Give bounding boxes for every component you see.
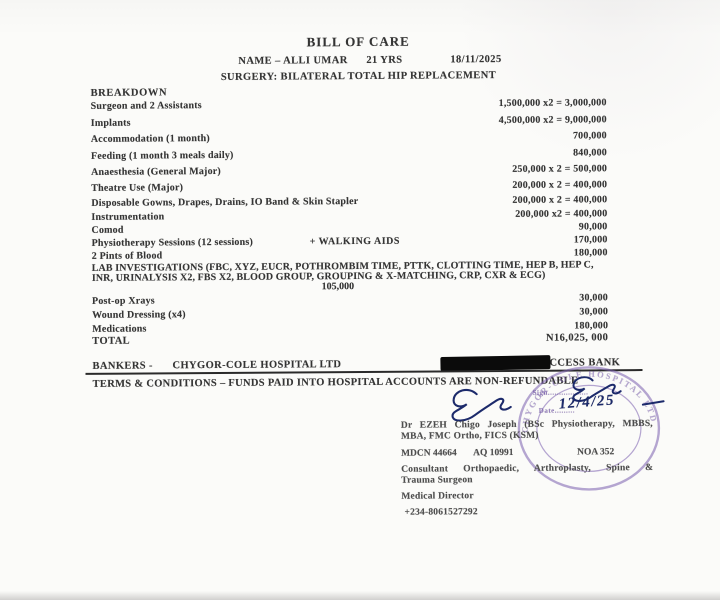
surgery-line: SURGERY: BILATERAL TOTAL HIP REPLACEMENT <box>0 68 718 84</box>
item-value: 180,000 <box>574 320 608 331</box>
item-value: 90,000 <box>579 221 608 232</box>
item-label: Instrumentation <box>91 211 164 223</box>
item-label: Post-op Xrays <box>92 295 155 306</box>
item-value: 200,000 x2 = 400,000 <box>515 208 607 220</box>
mdcn-number: MDCN 44664 <box>401 448 457 458</box>
item-value: 250,000 x 2 = 500,000 <box>512 163 607 175</box>
table-row: Physiotherapy Sessions (12 sessions) + W… <box>92 234 608 249</box>
table-row: Surgeon and 2 Assistants 1,500,000 x2 = … <box>91 97 607 112</box>
table-row: Implants 4,500,000 x2 = 9,000,000 <box>91 114 607 129</box>
bill-date: 18/11/2025 <box>450 54 501 65</box>
table-row: Disposable Gowns, Drapes, Drains, IO Ban… <box>91 194 607 209</box>
item-label: Wound Dressing (x4) <box>92 309 186 321</box>
lab-investigations-amount: 105,000 <box>92 279 584 293</box>
table-row: Wound Dressing (x4) 30,000 <box>92 306 608 321</box>
item-value: 1,500,000 x2 = 3,000,000 <box>499 97 607 109</box>
scan-shadow <box>0 591 720 600</box>
aq-number: AQ 10991 <box>473 448 513 458</box>
item-label: Implants <box>91 118 131 129</box>
item-value: 30,000 <box>579 292 608 303</box>
table-row: Theatre Use (Major) 200,000 x 2 = 400,00… <box>91 179 607 194</box>
scanned-bill-of-care: BILL OF CARE NAME – ALLI UMAR 21 YRS 18/… <box>0 0 720 600</box>
item-label: Medications <box>92 323 146 334</box>
table-row: Feeding (1 month 3 meals daily) 840,000 <box>91 147 607 162</box>
item-label: Feeding (1 month 3 meals daily) <box>91 150 234 162</box>
item-value: 30,000 <box>579 306 608 317</box>
breakdown-heading: BREAKDOWN <box>91 87 168 99</box>
table-row: Instrumentation 200,000 x2 = 400,000 <box>91 208 607 223</box>
total-value: N16,025, 000 <box>546 332 608 343</box>
table-row: Post-op Xrays 30,000 <box>92 292 608 307</box>
item-value: 180,000 <box>574 247 608 258</box>
item-label: Physiotherapy Sessions (12 sessions) <box>92 237 253 249</box>
item-label: 2 Pints of Blood <box>92 250 163 261</box>
doctor-phone: +234-8061527292 <box>404 506 656 518</box>
item-value: 170,000 <box>574 234 608 245</box>
item-value: 840,000 <box>573 147 607 158</box>
item-label: Theatre Use (Major) <box>91 182 183 194</box>
doctor-role-line1: Consultant Orthopaedic, Arthroplasty, Sp… <box>401 463 653 475</box>
table-row: Comod 90,000 <box>91 221 607 236</box>
item-label: Disposable Gowns, Drapes, Drains, IO Ban… <box>91 196 358 209</box>
table-row: Anaesthesia (General Major) 250,000 x 2 … <box>91 163 607 178</box>
item-value: 700,000 <box>573 130 607 141</box>
item-note: + WALKING AIDS <box>310 236 400 248</box>
table-row: Accommodation (1 month) 700,000 <box>91 130 607 145</box>
item-label: Surgeon and 2 Assistants <box>91 100 202 112</box>
item-value: 4,500,000 x2 = 9,000,000 <box>499 114 607 126</box>
item-value: 200,000 x 2 = 400,000 <box>512 194 607 206</box>
item-label: Anaesthesia (General Major) <box>91 166 221 178</box>
bankers-label: BANKERS - <box>92 360 153 371</box>
patient-age: 21 YRS <box>366 55 402 66</box>
total-label: TOTAL <box>92 336 130 347</box>
page-title: BILL OF CARE <box>0 31 718 52</box>
item-value: 200,000 x 2 = 400,000 <box>512 179 607 191</box>
doctor-name-line1: Dr EZEH Chigo Joseph (BSc Physiotherapy,… <box>401 419 653 431</box>
registration-row: MDCN 44664 AQ 10991 NOA 352 <box>401 447 653 459</box>
bankers-hospital: CHYGOR-COLE HOSPITAL LTD <box>172 359 341 371</box>
noa-number: NOA 352 <box>577 447 614 457</box>
bankers-row: BANKERS - CHYGOR-COLE HOSPITAL LTD ACCES… <box>92 360 153 371</box>
item-label: Comod <box>91 225 123 236</box>
doctor-role-line2: Trauma Surgeon <box>401 474 653 486</box>
doctor-title: Medical Director <box>401 490 653 502</box>
patient-name: NAME – ALLI UMAR <box>238 55 347 67</box>
doctor-name-line2: MBA, FMC Ortho, FICS (KSM) <box>401 430 653 442</box>
total-row: TOTAL N16,025, 000 <box>92 332 608 347</box>
item-label: Accommodation (1 month) <box>91 133 210 145</box>
